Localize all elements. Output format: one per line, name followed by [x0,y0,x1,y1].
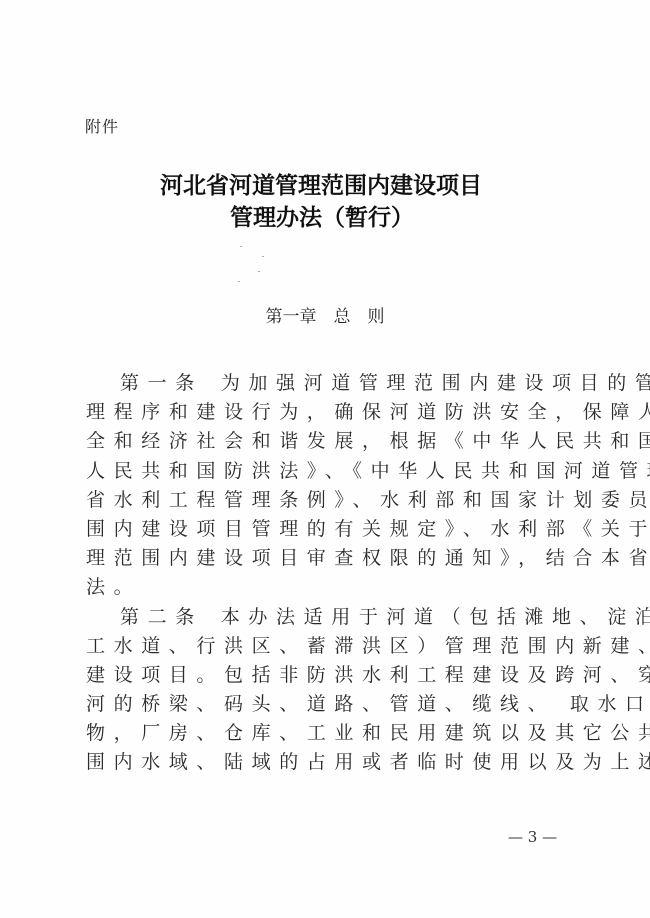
article-label: 第一条 [120,372,203,394]
article-1-line-2: 理程序和建设行为，确保河道防洪安全，保障人民生命财产安 [86,398,566,427]
scan-speck [262,256,264,257]
article-2-line-6: 围内水域、陆域的占用或者临时使用以及为上述项目实施的钻 [86,748,566,777]
page-number: — 3 — [508,828,557,846]
title-line-2: 管理办法（暂行） [0,202,650,234]
document-page: 附件 河北省河道管理范围内建设项目 管理办法（暂行） 第一章 总 则 第一条为加… [0,0,650,918]
attachment-label: 附件 [85,114,119,137]
article-1-line-5: 省水利工程管理条例》、水利部和国家计划委员会《河道管理范 [86,486,566,515]
article-2-line-4: 河的桥梁、码头、道路、管道、缆线、 取水口、排污口等建筑 [86,690,566,719]
document-title: 河北省河道管理范围内建设项目 管理办法（暂行） [0,170,650,234]
article-1-line-8: 法。 [86,573,566,602]
article-1-line-7: 理范围内建设项目审查权限的通知》，结合本省实际，制定本办 [86,544,566,573]
article-1-line-3: 全和经济社会和谐发展，根据《中华人民共和国水法》、《中华 [86,427,566,456]
title-line-1: 河北省河道管理范围内建设项目 [0,170,650,202]
article-1-line-6: 围内建设项目管理的有关规定》、水利部《关于海河流域河道管 [86,515,566,544]
article-2-line-3: 建设项目。包括非防洪水利工程建设及跨河、穿河、穿堤、临 [86,661,566,690]
article-label: 第二条 [120,606,203,628]
article-1-line-1: 第一条为加强河道管理范围内建设项目的管理，规范管 [86,369,566,398]
article-1-line-4: 人民共和国防洪法》、《中华人民共和国河道管理条例》、《河北 [86,457,566,486]
scan-speck [258,271,260,272]
article-2-line-1: 第二条本办法适用于河道（包括滩地、淀泊、水库、人 [86,603,566,632]
article-2-line-5: 物，厂房、仓库、工业和民用建筑以及其它公共设施，管理范 [86,719,566,748]
article-2-line-2: 工水道、行洪区、蓄滞洪区）管理范围内新建、扩建、改建的 [86,632,566,661]
chapter-heading: 第一章 总 则 [0,302,650,327]
body-text: 第一条为加强河道管理范围内建设项目的管理，规范管 理程序和建设行为，确保河道防洪… [86,369,566,778]
scan-speck [238,281,240,282]
scan-speck [240,246,242,247]
